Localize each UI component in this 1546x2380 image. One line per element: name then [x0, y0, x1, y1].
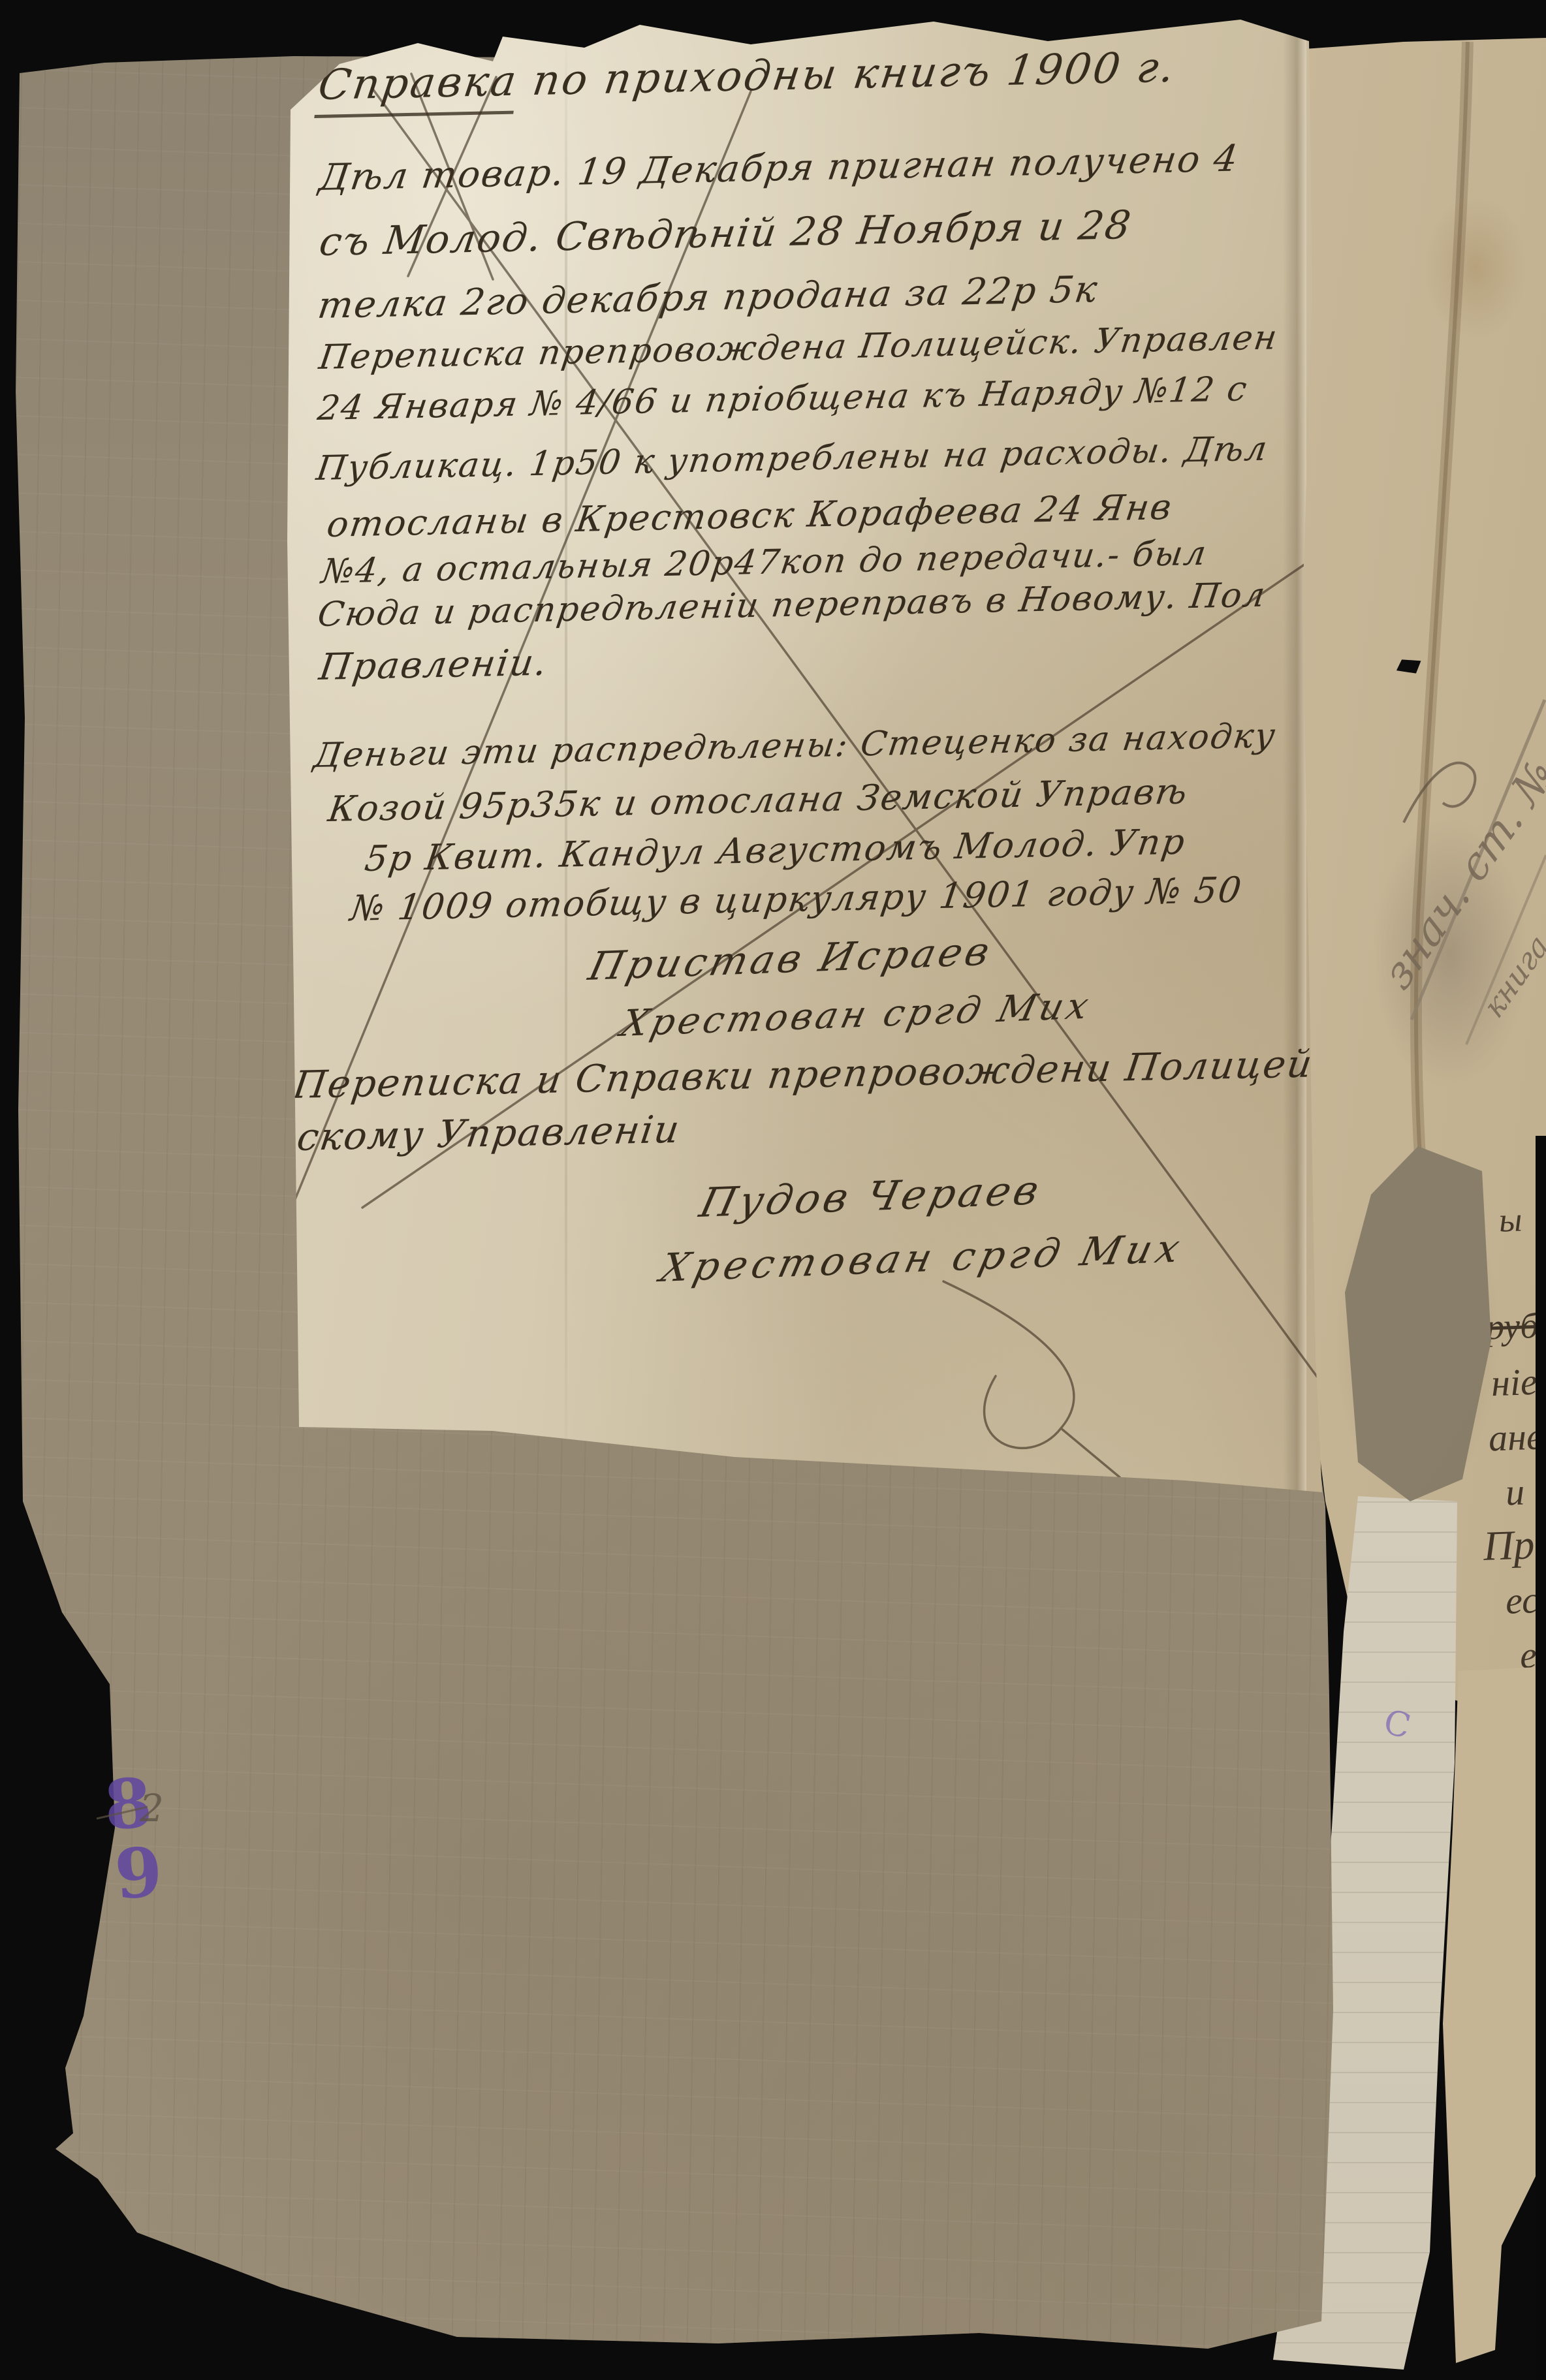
note-line: 5р Квит. Кандул Августомъ Молод. Упр — [362, 821, 1188, 879]
note-line: отосланы в Крестовск Корафеева 24 Янв — [324, 486, 1175, 545]
note-line: Переписка препровождена Полицейск. Управ… — [317, 318, 1280, 377]
printed-fragment: ы — [1498, 1200, 1522, 1240]
signature-flourish-tail — [1061, 1428, 1120, 1477]
archive-photo-stage: знач. ст. № 4 книга ы руб. ніе ане и При… — [0, 0, 1546, 2380]
signature-line-2: Хрестован сргд Мих — [617, 985, 1096, 1045]
gap-shadow — [1536, 1136, 1546, 2380]
closing-line-2: скому Управленіи — [294, 1107, 683, 1159]
note-line: № 1009 отобщу в циркуляру 1901 году № 50 — [348, 869, 1245, 929]
note-title-word-underlined: Справка — [314, 57, 521, 118]
signature-flourish — [943, 1281, 1074, 1448]
note-title: Справка по приходны книгъ 1900 г. — [315, 44, 1179, 110]
closing-line-1: Переписка и Справки препровождени Полице… — [291, 1041, 1316, 1107]
note-line: Козой 95р35к и отослана Земской Управѣ — [326, 771, 1191, 830]
closing-signature-2: Хрестован сргд Мих — [656, 1226, 1189, 1291]
pencil-digit: 2 — [140, 1786, 164, 1830]
note-title-rest: по приходны книгъ 1900 г. — [529, 44, 1178, 106]
note-line: Дѣл товар. 19 Декабря пригнан получено 4 — [317, 138, 1242, 199]
printed-fragment: ніе — [1491, 1360, 1538, 1405]
purple-stamp-digit-bottom: 9 — [112, 1832, 165, 1915]
page-stain — [1423, 196, 1528, 339]
signature-line-1: Пристав Исраев — [584, 929, 997, 990]
note-line: 24 Января № 4/66 и пріобщена къ Наряду №… — [315, 369, 1250, 428]
printed-fragment: и — [1505, 1470, 1525, 1514]
note-line: Публикац. 1р50 к употреблены на расходы.… — [314, 430, 1270, 488]
paper-fold-edge — [1283, 18, 1306, 1500]
note-line: телка 2го декабря продана за 22р 5к — [315, 268, 1101, 327]
note-line: Правленіи. — [317, 642, 550, 689]
printed-fragment: ес — [1505, 1578, 1539, 1623]
note-line: Деньги эти распредѣлены: Стеценко за нах… — [311, 716, 1279, 775]
note-line: съ Молод. Свѣдѣній 28 Ноября и 28 — [317, 202, 1135, 265]
closing-signature-1: Пудов Чераев — [695, 1166, 1047, 1227]
handwritten-note-page: Справка по приходны книгъ 1900 г. Дѣл то… — [277, 18, 1322, 1500]
